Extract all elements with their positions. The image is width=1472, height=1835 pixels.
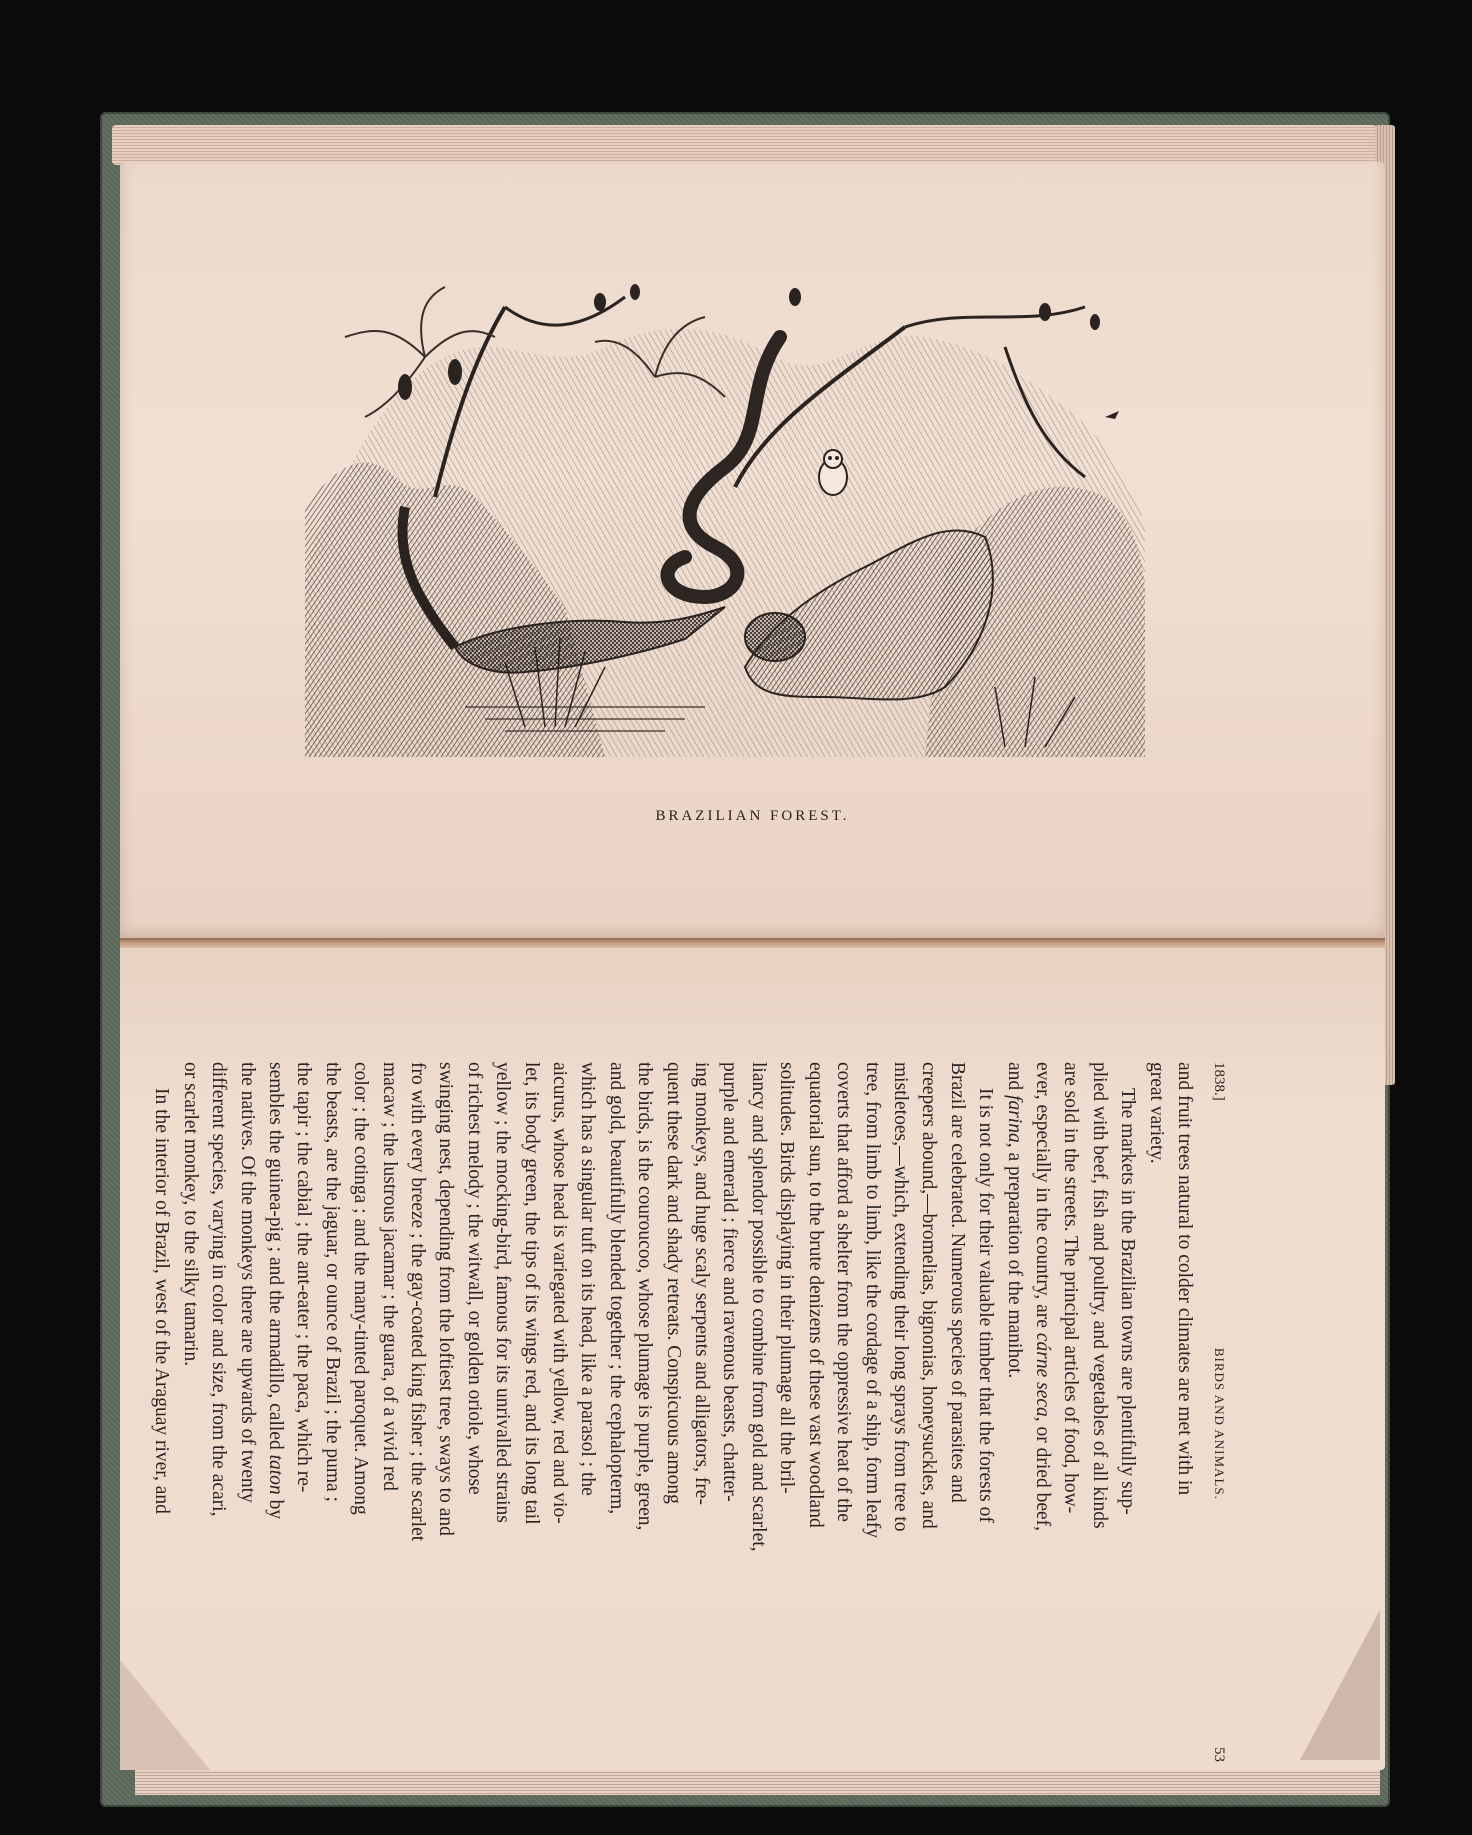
brazilian-forest-engraving xyxy=(305,267,1145,757)
text-line: the tapir ; the cabial ; the ant-eater ;… xyxy=(289,1062,317,1762)
text-line: The markets in the Brazilian towns are p… xyxy=(1113,1062,1141,1762)
text-line: which has a singular tuft on its head, l… xyxy=(573,1062,601,1762)
text-line: color ; the cotinga ; and the many-tinte… xyxy=(346,1062,374,1762)
text-line: mistletoes,—which, extending their long … xyxy=(886,1062,914,1762)
text-line: sembles the guinea-pig ; and the armadil… xyxy=(261,1062,289,1762)
text-line: aicurus, whose head is variegated with y… xyxy=(545,1062,573,1762)
text-line: the natives. Of the monkeys there are up… xyxy=(232,1062,260,1762)
text-line: Brazil are celebrated. Numerous species … xyxy=(942,1062,970,1762)
text-line: fro with every breeze ; the gay-coated k… xyxy=(403,1062,431,1762)
engraving-image xyxy=(305,267,1145,757)
text-line: plied with beef, fish and poultry, and v… xyxy=(1084,1062,1112,1762)
text-line: and fruit trees natural to colder climat… xyxy=(1170,1062,1198,1762)
text-line: ing monkeys, and huge scaly serpents and… xyxy=(687,1062,715,1762)
text-line: and farina, a preparation of the manihot… xyxy=(999,1062,1027,1762)
text-line: It is not only for their valuable timber… xyxy=(971,1062,999,1762)
illustration-page: BRAZILIAN FOREST. xyxy=(120,162,1385,942)
text-line: In the interior of Brazil, west of the A… xyxy=(147,1062,175,1762)
text-line: macaw ; the lustrous jacamar ; the guara… xyxy=(374,1062,402,1762)
page-edges-bottom xyxy=(135,1770,1380,1795)
page-number: 53 xyxy=(1208,1747,1230,1762)
text-line: tree, from limb to limb, like the cordag… xyxy=(857,1062,885,1762)
book-scan: BRAZILIAN FOREST. 1838.] BIRDS AND ANIMA… xyxy=(0,0,1472,1835)
page-text-block: 1838.] BIRDS AND ANIMALS. 53 and fruit t… xyxy=(230,1062,1230,1762)
text-line: or scarlet monkey, to the silky tamarin. xyxy=(175,1062,203,1762)
text-line: quent these dark and shady retreats. Con… xyxy=(658,1062,686,1762)
text-line: creepers abound,—bromelias, bignonias, h… xyxy=(914,1062,942,1762)
running-head-title: BIRDS AND ANIMALS. xyxy=(1208,1348,1230,1500)
illustration-caption: BRAZILIAN FOREST. xyxy=(120,808,1385,825)
running-head: 1838.] BIRDS AND ANIMALS. 53 xyxy=(1208,1062,1230,1762)
text-line: the beasts, are the jaguar, or ounce of … xyxy=(317,1062,345,1762)
text-line: the birds, is the couroucoo, whose pluma… xyxy=(630,1062,658,1762)
text-line: purple and emerald ; fierce and ravenous… xyxy=(715,1062,743,1762)
text-line: equatorial sun, to the brute denizens of… xyxy=(800,1062,828,1762)
text-line: liancy and splendor possible to combine … xyxy=(744,1062,772,1762)
running-head-year: 1838.] xyxy=(1208,1062,1230,1101)
text-line: great variety. xyxy=(1141,1062,1169,1762)
text-line: different species, varying in color and … xyxy=(204,1062,232,1762)
text-line: and gold, beautifully blended together ;… xyxy=(601,1062,629,1762)
text-line: of richest melody ; the witwall, or gold… xyxy=(459,1062,487,1762)
text-line: yellow ; the mocking-bird, famous for it… xyxy=(488,1062,516,1762)
page-edges-top xyxy=(112,125,1377,165)
text-line: solitudes. Birds displaying in their plu… xyxy=(772,1062,800,1762)
dog-eared-corner-right xyxy=(1300,1610,1380,1760)
text-line: swinging nest, depending from the loftie… xyxy=(431,1062,459,1762)
text-line: coverts that afford a shelter from the o… xyxy=(829,1062,857,1762)
text-line: let, its body green, the tips of its win… xyxy=(516,1062,544,1762)
text-line: are sold in the streets. The principal a… xyxy=(1056,1062,1084,1762)
body-text: and fruit trees natural to colder climat… xyxy=(147,1062,1198,1762)
text-line: ever, especially in the country, are cár… xyxy=(1028,1062,1056,1762)
